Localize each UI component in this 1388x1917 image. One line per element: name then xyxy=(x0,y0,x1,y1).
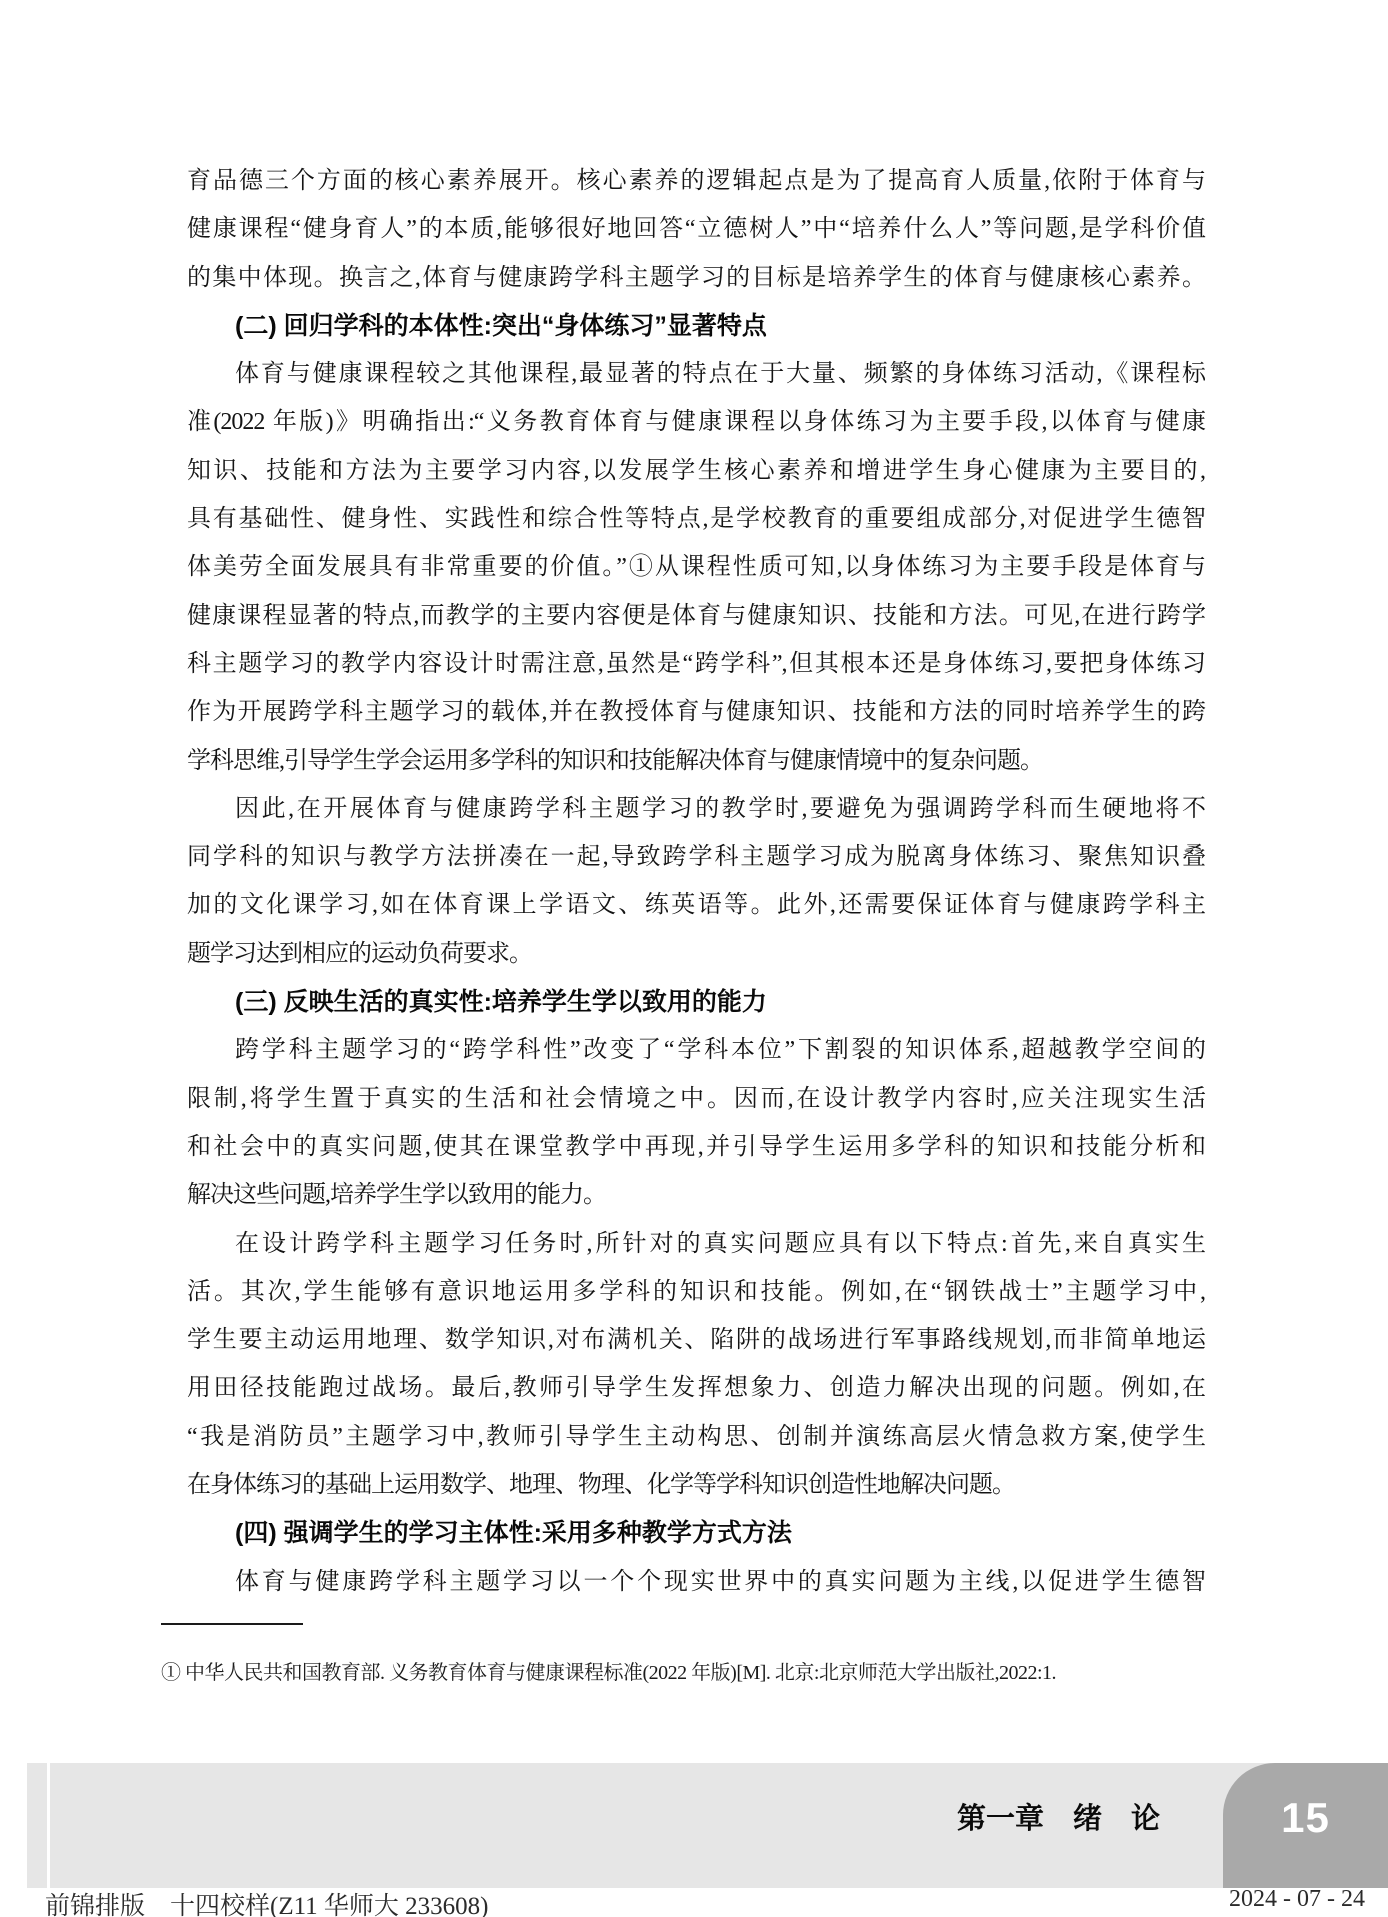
body-text-line: 同学科的知识与教学方法拼凑在一起,导致跨学科主题学习成为脱离身体练习、聚焦知识叠 xyxy=(187,833,1205,881)
footnote-reference: ① 中华人民共和国教育部. 义务教育体育与健康课程标准(2022 年版)[M].… xyxy=(161,1658,1221,1688)
book-page: 育品德三个方面的核心素养展开。核心素养的逻辑起点是为了提高育人质量,依附于体育与… xyxy=(0,0,1388,1917)
body-text-line: 科主题学习的教学内容设计时需注意,虽然是“跨学科”,但其根本还是身体练习,要把身… xyxy=(187,640,1205,688)
body-text-line: “我是消防员”主题学习中,教师引导学生主动构思、创制并演练高层火情急救方案,使学… xyxy=(187,1413,1205,1461)
body-text-line: 限制,将学生置于真实的生活和社会情境之中。因而,在设计教学内容时,应关注现实生活 xyxy=(187,1075,1205,1123)
section-heading: (三) 反映生活的真实性:培养学生学以致用的能力 xyxy=(187,978,1205,1026)
body-text-line: 育品德三个方面的核心素养展开。核心素养的逻辑起点是为了提高育人质量,依附于体育与 xyxy=(187,157,1205,205)
body-text-line: 的集中体现。换言之,体育与健康跨学科主题学习的目标是培养学生的体育与健康核心素养… xyxy=(187,254,1205,302)
body-text-line: 准(2022 年版)》明确指出:“义务教育体育与健康课程以身体练习为主要手段,以… xyxy=(187,398,1205,446)
body-text-line: 在设计跨学科主题学习任务时,所针对的真实问题应具有以下特点:首先,来自真实生 xyxy=(187,1220,1205,1268)
body-text-line: 体美劳全面发展具有非常重要的价值。”①从课程性质可知,以身体练习为主要手段是体育… xyxy=(187,543,1205,591)
body-text-line: 学生要主动运用地理、数学知识,对布满机关、陷阱的战场进行军事路线规划,而非简单地… xyxy=(187,1316,1205,1364)
body-text-line: 加的文化课学习,如在体育课上学语文、练英语等。此外,还需要保证体育与健康跨学科主 xyxy=(187,881,1205,929)
body-text-line: 和社会中的真实问题,使其在课堂教学中再现,并引导学生运用多学科的知识和技能分析和 xyxy=(187,1123,1205,1171)
page-number-block: 15 xyxy=(1223,1763,1388,1888)
footer-edge-strip xyxy=(27,1763,47,1888)
body-text-line: 在身体练习的基础上运用数学、地理、物理、化学等学科知识创造性地解决问题。 xyxy=(187,1461,1205,1509)
running-footer-band: 第一章 绪 论 xyxy=(50,1763,1388,1888)
body-text-line: 健康课程“健身育人”的本质,能够很好地回答“立德树人”中“培养什么人”等问题,是… xyxy=(187,205,1205,253)
footnote-separator-rule xyxy=(161,1623,303,1625)
body-text-line: 体育与健康课程较之其他课程,最显著的特点在于大量、频繁的身体练习活动,《课程标 xyxy=(187,350,1205,398)
proof-stamp-imprint: 前锦排版 十四校样(Z11 华师大 233608) xyxy=(45,1886,489,1917)
body-text-line: 健康课程显著的特点,而教学的主要内容便是体育与健康知识、技能和方法。可见,在进行… xyxy=(187,592,1205,640)
section-heading: (四) 强调学生的学习主体性:采用多种教学方式方法 xyxy=(187,1509,1205,1557)
body-text-line: 具有基础性、健身性、实践性和综合性等特点,是学校教育的重要组成部分,对促进学生德… xyxy=(187,495,1205,543)
page-number: 15 xyxy=(1281,1794,1330,1842)
body-text-line: 体育与健康跨学科主题学习以一个个现实世界中的真实问题为主线,以促进学生德智 xyxy=(187,1558,1205,1606)
body-text-line: 题学习达到相应的运动负荷要求。 xyxy=(187,930,1205,978)
body-text-line: 作为开展跨学科主题学习的载体,并在教授体育与健康知识、技能和方法的同时培养学生的… xyxy=(187,688,1205,736)
body-text-line: 学科思维,引导学生学会运用多学科的知识和技能解决体育与健康情境中的复杂问题。 xyxy=(187,737,1205,785)
body-text-column: 育品德三个方面的核心素养展开。核心素养的逻辑起点是为了提高育人质量,依附于体育与… xyxy=(187,157,1205,1606)
body-text-line: 活。其次,学生能够有意识地运用多学科的知识和技能。例如,在“钢铁战士”主题学习中… xyxy=(187,1268,1205,1316)
proof-stamp-date: 2024 - 07 - 24 xyxy=(1229,1886,1365,1913)
body-text-line: 因此,在开展体育与健康跨学科主题学习的教学时,要避免为强调跨学科而生硬地将不 xyxy=(187,785,1205,833)
body-text-line: 跨学科主题学习的“跨学科性”改变了“学科本位”下割裂的知识体系,超越教学空间的 xyxy=(187,1026,1205,1074)
body-text-line: 解决这些问题,培养学生学以致用的能力。 xyxy=(187,1171,1205,1219)
section-heading: (二) 回归学科的本体性:突出“身体练习”显著特点 xyxy=(187,302,1205,350)
body-text-line: 知识、技能和方法为主要学习内容,以发展学生核心素养和增进学生身心健康为主要目的, xyxy=(187,447,1205,495)
body-text-line: 用田径技能跑过战场。最后,教师引导学生发挥想象力、创造力解决出现的问题。例如,在 xyxy=(187,1364,1205,1412)
running-footer-chapter-title: 第一章 绪 论 xyxy=(957,1796,1160,1837)
